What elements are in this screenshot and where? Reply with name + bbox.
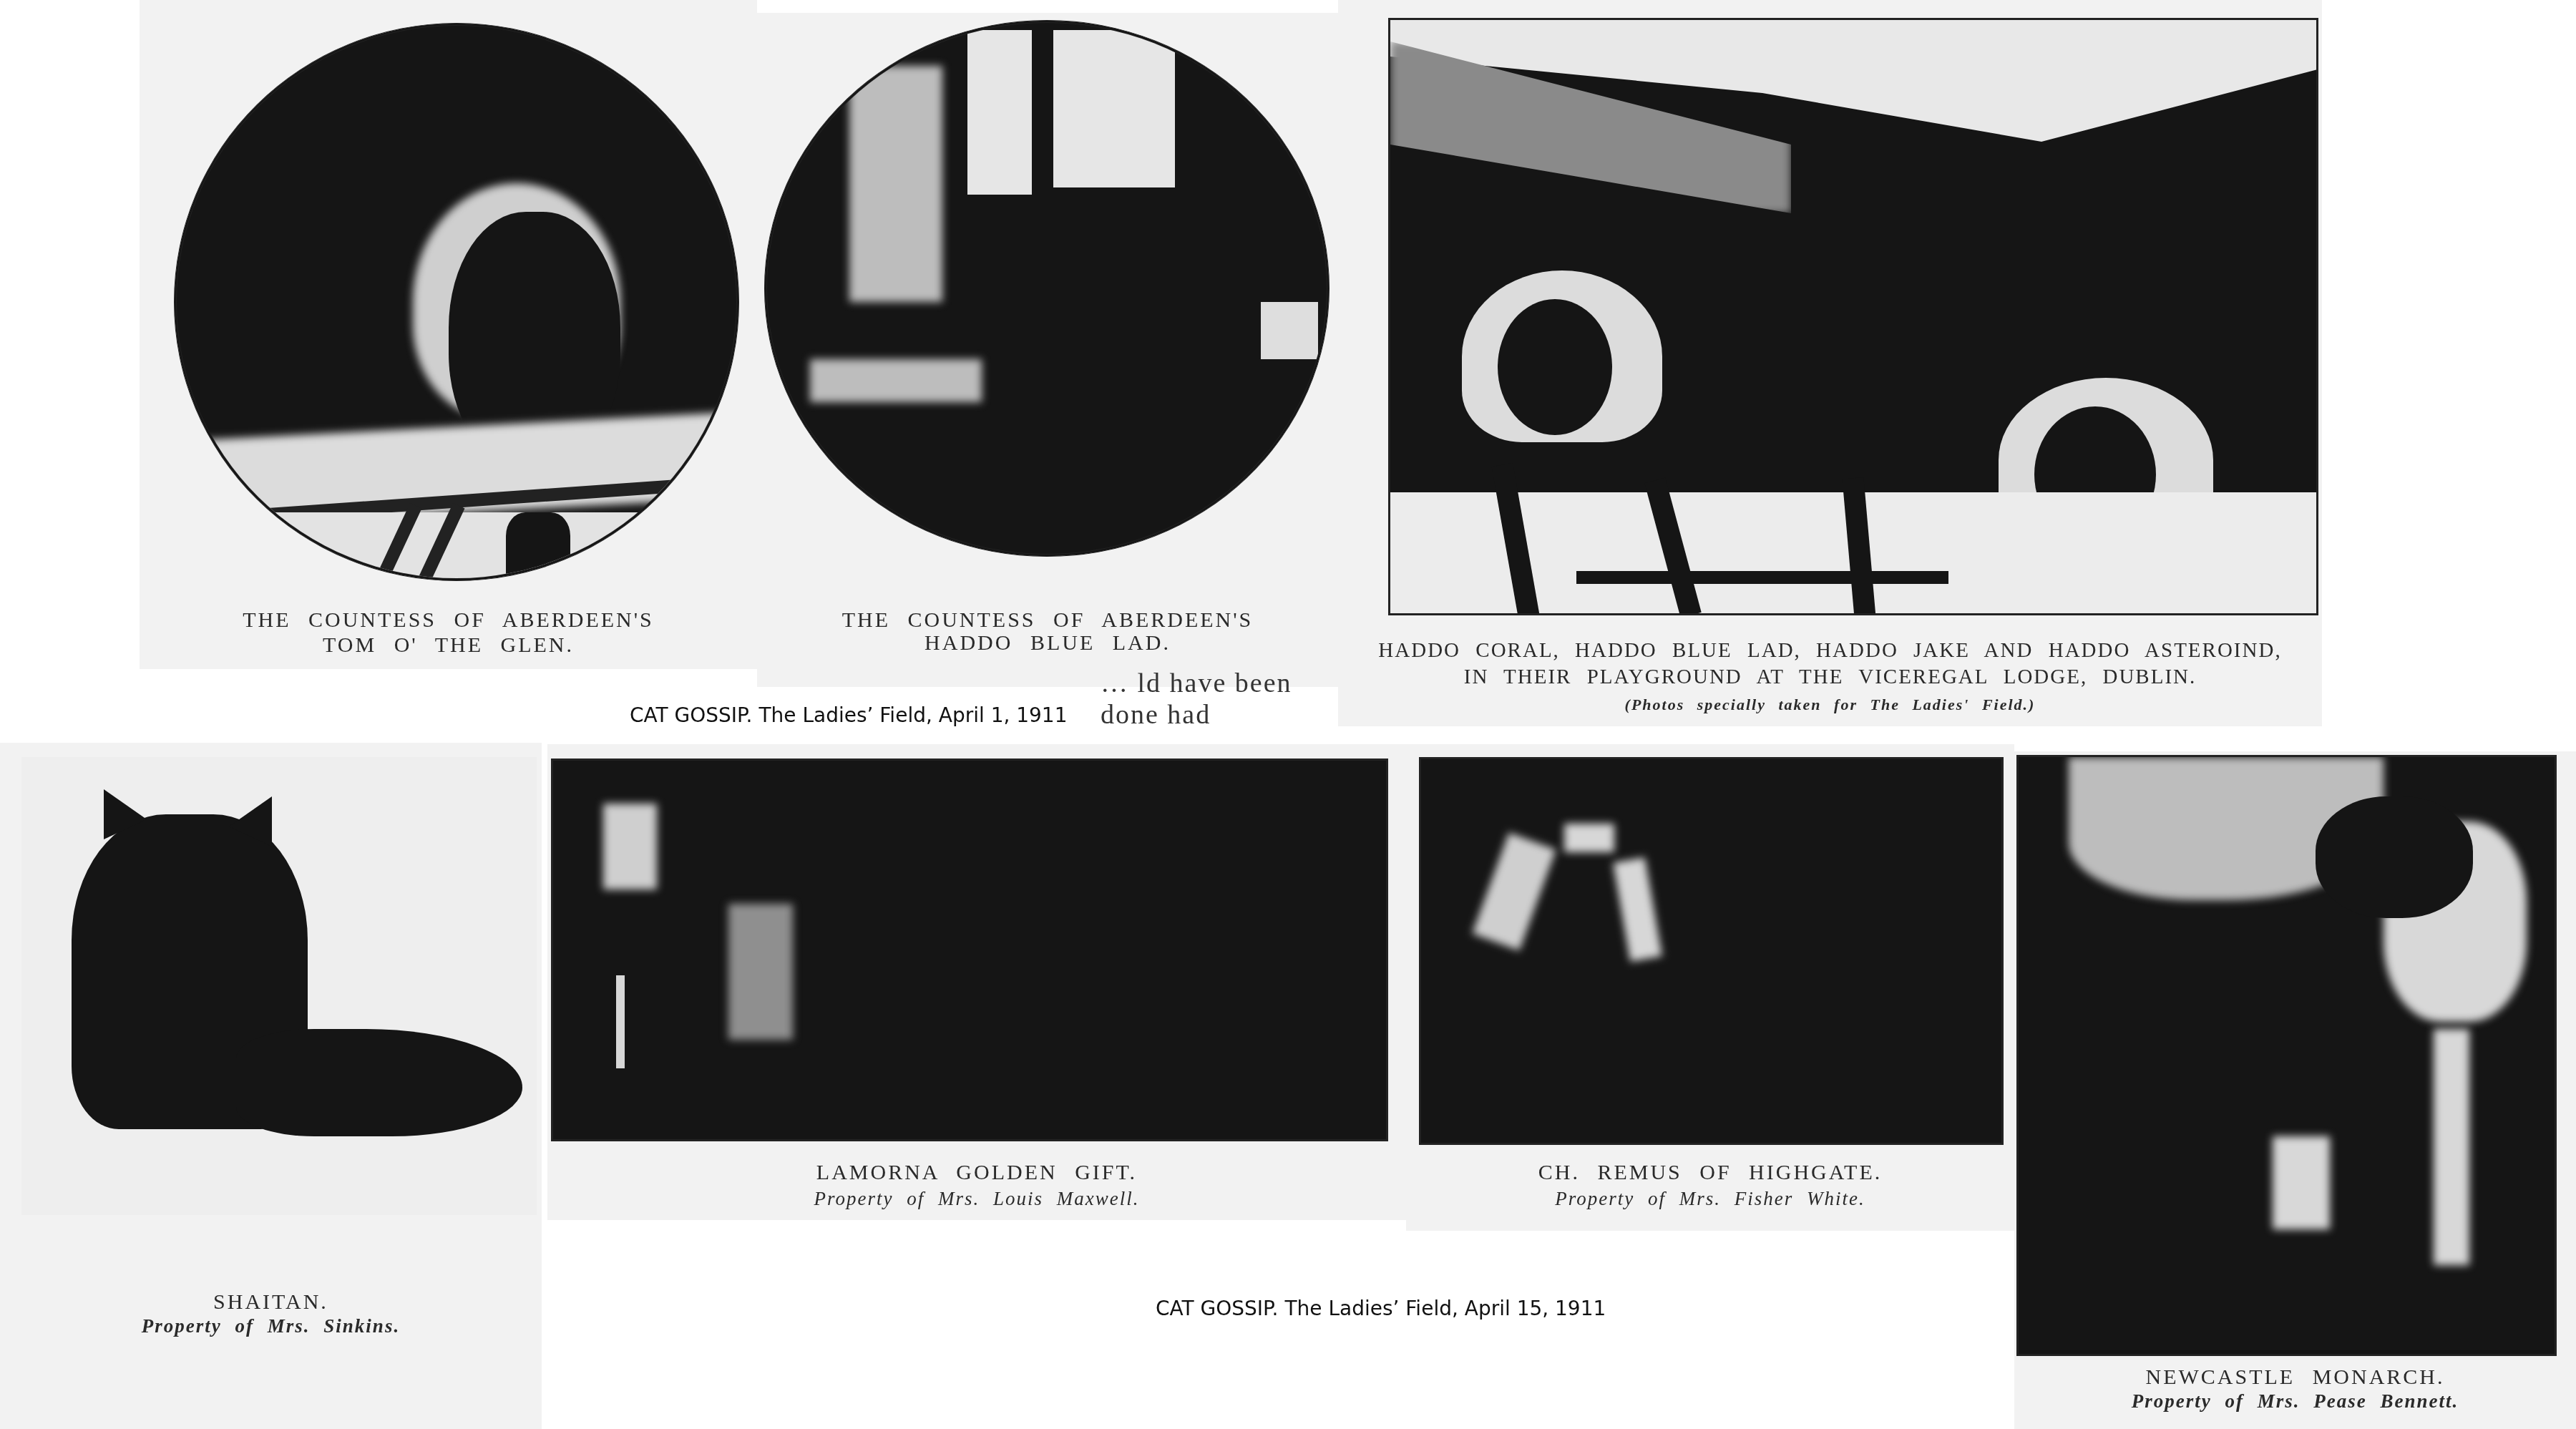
photo-panel-newcastle-monarch: Newcastle Monarch. Property of Mrs. Peas… [2014, 751, 2576, 1429]
shadow [506, 512, 570, 581]
photo-remus-of-highgate [1419, 757, 2004, 1145]
door-light [603, 804, 657, 889]
photo-newcastle-monarch [2016, 755, 2557, 1356]
photo-owner: Property of Mrs. Fisher White. [1406, 1188, 2014, 1210]
photo-title: Lamorna Golden Gift. [547, 1161, 1406, 1185]
window-frame [1032, 30, 1050, 187]
photo-owner: Property of Mrs. Sinkins. [0, 1315, 542, 1337]
floor [220, 512, 706, 581]
caption-line: The Countess of Aberdeen's [140, 608, 757, 633]
photo-panel-haddo-blue-lad: The Countess of Aberdeen's Haddo Blue La… [757, 13, 1338, 687]
floor-boards [810, 359, 982, 402]
photo-owner: Property of Mrs. Pease Bennett. [2014, 1390, 2576, 1413]
window-pane [1053, 30, 1175, 187]
window-pane [967, 30, 1032, 195]
caption-line: Haddo Coral, Haddo Blue Lad, Haddo Jake … [1338, 639, 2322, 663]
caption-line: Haddo Blue Lad. [757, 631, 1338, 655]
wall-left [849, 66, 942, 302]
cat-head [2316, 796, 2473, 918]
cat-ear-highlight [1564, 824, 1614, 852]
photo-title: Shaitan. [0, 1290, 542, 1315]
photo-panel-remus-of-highgate: Ch. Remus of Highgate. Property of Mrs. … [1406, 744, 2014, 1231]
door-edge [616, 975, 625, 1068]
source-caption-april-1: CAT GOSSIP. The Ladies’ Field, April 1, … [630, 703, 1068, 727]
photo-haddo-blue-lad [764, 20, 1330, 557]
cat-ear-highlight [1472, 833, 1556, 951]
photo-owner: Property of Mrs. Louis Maxwell. [547, 1188, 1406, 1210]
cat-leg [2434, 1029, 2469, 1265]
cat-paw [2273, 1136, 2330, 1229]
cat-white-1-face [1498, 299, 1612, 435]
cat-ear-highlight [1613, 857, 1662, 962]
source-caption-april-15: CAT GOSSIP. The Ladies’ Field, April 15,… [1156, 1297, 1606, 1320]
photo-title: Ch. Remus of Highgate. [1406, 1161, 2014, 1185]
bench-crossbar [1576, 571, 1948, 584]
photo-shaitan [21, 757, 537, 1215]
photo-haddo-group [1388, 18, 2318, 615]
wall-right [1261, 302, 1318, 359]
photo-panel-tom-o-the-glen: The Countess of Aberdeen's Tom O' the Gl… [140, 0, 757, 669]
photo-tom-o-the-glen [174, 23, 739, 581]
caption-line: Tom O' the Glen. [140, 633, 757, 658]
caption-line: in their playground at the Viceregal Lod… [1338, 665, 2322, 689]
partial-body-text: … ld have been done had [1101, 668, 1338, 731]
photo-credit: (Photos specially taken for The Ladies' … [1338, 696, 2322, 714]
photo-panel-shaitan: Shaitan. Property of Mrs. Sinkins. [0, 743, 542, 1429]
photo-lamorna-golden-gift [551, 759, 1388, 1141]
photo-panel-haddo-group: Haddo Coral, Haddo Blue Lad, Haddo Jake … [1338, 0, 2322, 726]
caption-line: The Countess of Aberdeen's [757, 608, 1338, 633]
photo-title: Newcastle Monarch. [2014, 1365, 2576, 1390]
cat-tail [236, 1029, 522, 1136]
photo-panel-lamorna-golden-gift: Lamorna Golden Gift. Property of Mrs. Lo… [547, 744, 1406, 1220]
cat-highlight [728, 904, 793, 1040]
